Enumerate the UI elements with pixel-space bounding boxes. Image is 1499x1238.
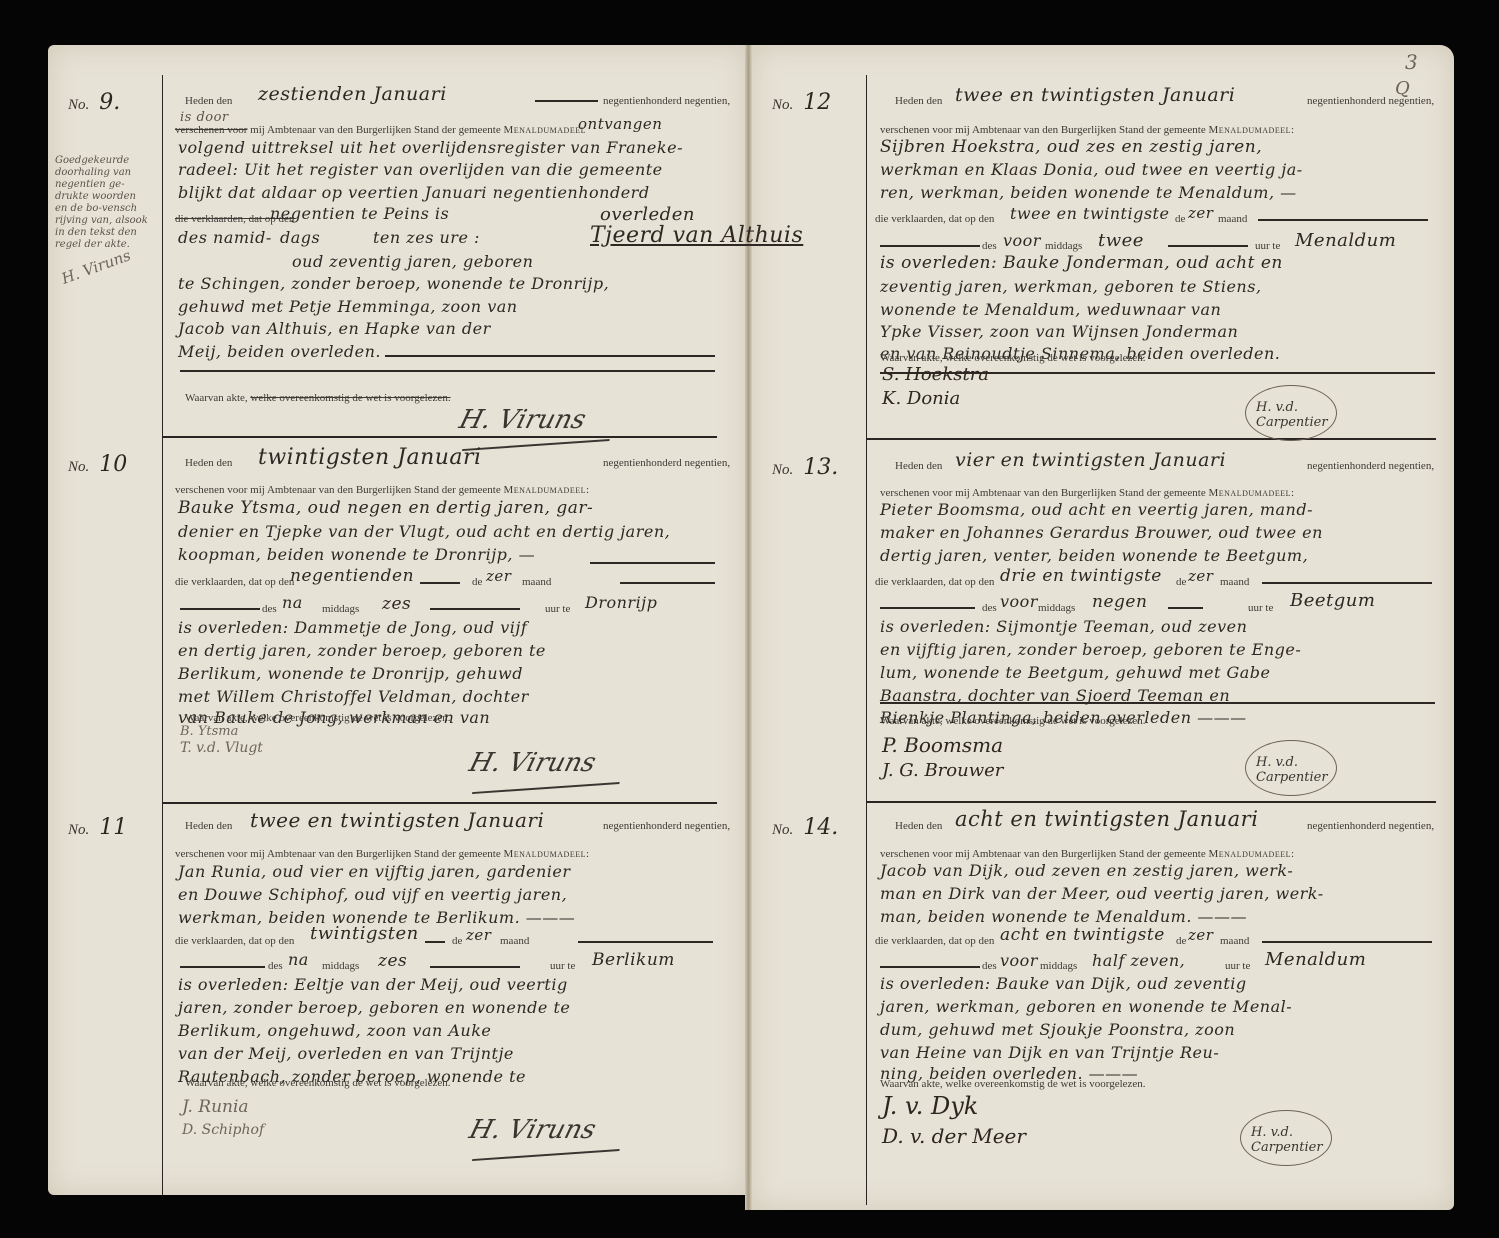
- witness-signature: D. v. der Meer: [882, 1124, 1026, 1148]
- printed-text: Heden den: [185, 95, 232, 107]
- printed-text: verschenen voor mij Ambtenaar van den Bu…: [880, 124, 1206, 136]
- printed-text: uur te: [1248, 602, 1273, 614]
- date-handwritten: acht en twintigsten Januari: [955, 807, 1258, 831]
- struck-text: verschenen voor: [175, 124, 247, 136]
- fill-line: [420, 582, 460, 584]
- fill-line: [1262, 941, 1432, 943]
- witness-signature: P. Boomsma: [882, 733, 1003, 757]
- printed-text: negentienhonderd negentien,: [1307, 820, 1434, 832]
- comparant-line: man en Dirk van der Meer, oud veertig ja…: [880, 884, 1324, 903]
- printed-text: des: [982, 602, 997, 614]
- fill-line: [180, 370, 715, 372]
- handwritten-text: voor: [1000, 951, 1038, 970]
- day-handwritten: twintigsten: [310, 923, 419, 944]
- witness-signature: D. Schiphof: [182, 1122, 264, 1138]
- handwritten-line: en dertig jaren, zonder beroep, geboren …: [178, 641, 546, 660]
- handwritten-line: Berlikum, wonende te Dronrijp, gehuwd: [178, 664, 523, 683]
- handwritten-line: Berlikum, ongehuwd, zoon van Auke: [178, 1021, 491, 1040]
- municipality: Menaldumadeel:: [503, 484, 589, 496]
- comparant-line: man, beiden wonende te Menaldum. ———: [880, 907, 1247, 926]
- fill-line: [590, 562, 715, 564]
- registrar-signature: H. Viruns: [466, 1115, 599, 1145]
- printed-text: Waarvan akte, welke overeenkomstig de we…: [185, 712, 451, 724]
- comparant-line: Pieter Boomsma, oud acht en veertig jare…: [880, 500, 1313, 519]
- printed-text: Waarvan akte, welke overeenkomstig de we…: [185, 1077, 451, 1089]
- printed-text: Heden den: [895, 460, 942, 472]
- book-gutter: [745, 45, 752, 1210]
- date-handwritten: twee en twintigsten Januari: [955, 84, 1235, 106]
- printed-text: middags: [322, 960, 359, 972]
- fill-line: [620, 582, 715, 584]
- printed-text: middags: [322, 603, 359, 615]
- fill-line: [430, 966, 520, 968]
- registrar-seal-signature: H. v.d. Carpentier: [1240, 1110, 1332, 1166]
- record-number: No.14.: [772, 815, 838, 840]
- printed-text: de: [1176, 576, 1186, 588]
- fill-line: [1168, 245, 1248, 247]
- place-handwritten: Berlikum: [592, 950, 675, 970]
- printed-text: uur te: [545, 603, 570, 615]
- date-handwritten: zestienden Januari: [258, 83, 447, 105]
- handwritten-text: na: [288, 950, 309, 969]
- printed-text: de: [1175, 213, 1185, 225]
- handwritten-line: zeventig jaren, werkman, geboren te Stie…: [880, 277, 1262, 296]
- municipality: Menaldumadeel:: [1208, 487, 1294, 499]
- fill-line: [535, 100, 598, 102]
- handwritten-line: oud zeventig jaren, geboren: [292, 252, 533, 271]
- comparant-line: koopman, beiden wonende te Dronrijp, —: [178, 545, 535, 564]
- printed-text: Waarvan akte, welke overeenkomstig de we…: [880, 352, 1146, 364]
- printed-text: die verklaarden, dat op den: [875, 935, 994, 947]
- separator: [866, 438, 1436, 440]
- day-handwritten: twee en twintigste: [1010, 204, 1169, 223]
- date-handwritten: twee en twintigsten Januari: [250, 808, 544, 832]
- page-number: 3: [1405, 50, 1418, 74]
- hour-handwritten: zes: [382, 594, 411, 614]
- date-handwritten: vier en twintigsten Januari: [955, 449, 1226, 471]
- printed-text: middags: [1040, 960, 1077, 972]
- handwritten-line: Jacob van Althuis, en Hapke van der: [178, 319, 491, 338]
- place-handwritten: Menaldum: [1265, 949, 1366, 970]
- right-column-divider: [866, 75, 867, 1205]
- separator: [162, 436, 717, 438]
- comparant-line: werkman en Klaas Donia, oud twee en veer…: [880, 160, 1303, 179]
- printed-text: de: [1176, 935, 1186, 947]
- handwritten-line: jaren, werkman, geboren en wonende te Me…: [880, 997, 1292, 1016]
- day-handwritten: acht en twintigste: [1000, 925, 1165, 945]
- municipality: Menaldumadeel:: [503, 848, 589, 860]
- record-number: No.11: [68, 815, 127, 840]
- day-handwritten: negentienden: [290, 566, 414, 586]
- witness-signature: B. Ytsma: [180, 724, 238, 739]
- fill-line: [880, 607, 975, 609]
- printed-text: maand: [1220, 935, 1249, 947]
- handwritten-line: radeel: Uit het register van overlijden …: [178, 160, 663, 179]
- printed-text: die verklaarden, dat op den: [875, 576, 994, 588]
- hour-handwritten: negen: [1092, 592, 1147, 612]
- printed-text: negentienhonderd negentien,: [1307, 460, 1434, 472]
- month-handwritten: zer: [466, 926, 491, 944]
- handwritten-text: na: [282, 593, 303, 612]
- hour-handwritten: half zeven,: [1092, 951, 1185, 970]
- handwritten-line: te Schingen, zonder beroep, wonende te D…: [178, 274, 609, 293]
- witness-signature: J. v. Dyk: [882, 1092, 978, 1120]
- date-handwritten: twintigsten Januari: [258, 445, 482, 470]
- fill-line: [578, 941, 713, 943]
- printed-text: Heden den: [185, 820, 232, 832]
- fill-line: [880, 245, 980, 247]
- handwritten-line: volgend uittreksel uit het overlijdensre…: [178, 138, 683, 157]
- handwritten-line: gehuwd met Petje Hemminga, zoon van: [178, 297, 518, 316]
- fill-line: [425, 941, 445, 943]
- comparant-line: maker en Johannes Gerardus Brouwer, oud …: [880, 523, 1323, 542]
- handwritten-text: dags: [280, 228, 320, 247]
- witness-signature: J. Runia: [182, 1097, 249, 1117]
- fill-line: [1168, 607, 1203, 609]
- printed-text: Waarvan akte, welke overeenkomstig de we…: [880, 715, 1146, 727]
- handwritten-line: Meij, beiden overleden.: [178, 342, 381, 361]
- handwritten-text: voor: [1003, 231, 1041, 250]
- printed-text: verschenen voor mij Ambtenaar van den Bu…: [880, 848, 1206, 860]
- insert-handwritten: is door: [180, 110, 229, 125]
- record-number: No.13.: [772, 455, 838, 480]
- printed-text: Waarvan akte, welke overeenkomstig de we…: [880, 1078, 1146, 1090]
- registrar-signature: H. Viruns: [456, 405, 589, 435]
- municipality: Menaldumadeel: [503, 124, 586, 136]
- handwritten-line: jaren, zonder beroep, geboren en wonende…: [178, 998, 570, 1017]
- witness-signature: T. v.d. Vlugt: [180, 740, 263, 756]
- registrar-seal-signature: H. v.d. Carpentier: [1245, 740, 1337, 796]
- separator: [866, 801, 1436, 803]
- handwritten-line: van Heine van Dijk en van Trijntje Reu-: [880, 1043, 1219, 1062]
- handwritten-line: Ypke Visser, zoon van Wijnsen Jonderman: [880, 322, 1238, 341]
- handwritten-line: lum, wonende te Beetgum, gehuwd met Gabe: [880, 663, 1271, 682]
- printed-text: middags: [1045, 240, 1082, 252]
- printed-text: negentienhonderd negentien,: [603, 820, 730, 832]
- fill-line: [430, 608, 520, 610]
- month-handwritten: zer: [1188, 567, 1213, 585]
- witness-signature: K. Donia: [882, 388, 960, 409]
- printed-text: maand: [1220, 576, 1249, 588]
- printed-text: uur te: [1225, 960, 1250, 972]
- printed-text: de: [472, 576, 482, 588]
- handwritten-text: ten zes ure :: [373, 228, 480, 247]
- printed-text: maand: [500, 935, 529, 947]
- printed-text: verschenen voor mij Ambtenaar van den Bu…: [880, 487, 1206, 499]
- printed-text: uur te: [550, 960, 575, 972]
- comparant-line: Bauke Ytsma, oud negen en dertig jaren, …: [178, 498, 593, 518]
- printed-text: verschenen voor mij Ambtenaar van den Bu…: [175, 484, 501, 496]
- municipality: Menaldumadeel:: [1208, 848, 1294, 860]
- comparant-line: Jacob van Dijk, oud zeven en zestig jare…: [880, 861, 1293, 880]
- printed-text: des: [982, 960, 997, 972]
- printed-text: die verklaarden, dat op den: [875, 213, 994, 225]
- handwritten-text: voor: [1000, 592, 1038, 611]
- printed-text: verschenen voor mij Ambtenaar van den Bu…: [175, 848, 501, 860]
- handwritten-text: negentien te Peins is: [270, 204, 449, 223]
- handwritten-line: is overleden: Eeltje van der Meij, oud v…: [178, 975, 568, 994]
- place-handwritten: Menaldum: [1295, 230, 1396, 251]
- month-handwritten: zer: [1188, 204, 1213, 222]
- comparant-line: en Douwe Schiphof, oud vijf en veertig j…: [178, 885, 567, 904]
- printed-text: des: [982, 240, 997, 252]
- handwritten-text: overleden: [600, 204, 695, 225]
- comparant-line: Jan Runia, oud vier en vijftig jaren, ga…: [178, 862, 571, 881]
- printed-text: Heden den: [895, 95, 942, 107]
- printed-text: negentienhonderd negentien,: [1307, 95, 1434, 107]
- printed-text: negentienhonderd negentien,: [603, 95, 730, 107]
- fill-line: [180, 966, 265, 968]
- handwritten-line: van der Meij, overleden en van Trijntje: [178, 1044, 514, 1063]
- printed-text: de: [452, 935, 462, 947]
- printed-text: negentienhonderd negentien,: [603, 457, 730, 469]
- left-column-divider: [162, 75, 163, 1195]
- printed-text: middags: [1038, 602, 1075, 614]
- handwritten-line: wonende te Menaldum, weduwnaar van: [880, 300, 1221, 319]
- handwritten-line: is overleden: Bauke Jonderman, oud acht …: [880, 253, 1283, 273]
- registrar-signature: H. Viruns: [466, 748, 599, 778]
- handwritten-line: is overleden: Bauke van Dijk, oud zevent…: [880, 974, 1247, 993]
- handwritten-line: is overleden: Dammetje de Jong, oud vijf: [178, 618, 527, 637]
- printed-text: maand: [1218, 213, 1247, 225]
- fill-line: [880, 966, 980, 968]
- printed-text: die verklaarden, dat op den: [175, 935, 294, 947]
- fill-line: [1258, 219, 1428, 221]
- handwritten-line: met Willem Christoffel Veldman, dochter: [178, 687, 529, 706]
- handwritten-line: en vijftig jaren, zonder beroep, geboren…: [880, 640, 1301, 659]
- record-number: No.10: [68, 452, 127, 477]
- handwritten-line: is overleden: Sijmontje Teeman, oud zeve…: [880, 617, 1247, 636]
- month-handwritten: zer: [1188, 926, 1213, 944]
- printed-text: maand: [522, 576, 551, 588]
- handwritten-text: ontvangen: [578, 115, 662, 133]
- fill-line: [1262, 582, 1432, 584]
- fill-line: [180, 608, 260, 610]
- comparant-line: Sijbren Hoekstra, oud zes en zestig jare…: [880, 137, 1262, 157]
- record-number: No.12: [772, 90, 831, 115]
- witness-signature: S. Hoekstra: [882, 364, 989, 385]
- printed-text: uur te: [1255, 240, 1280, 252]
- comparant-line: denier en Tjepke van der Vlugt, oud acht…: [178, 522, 670, 541]
- day-handwritten: drie en twintigste: [1000, 566, 1162, 586]
- fill-line: [385, 355, 715, 357]
- hour-handwritten: zes: [378, 951, 407, 971]
- fill-line: [880, 702, 1435, 704]
- hour-handwritten: twee: [1098, 230, 1144, 251]
- struck-text: welke overeenkomstig de wet is voorgelez…: [250, 392, 450, 404]
- margin-annotation: Goedgekeurde doorhaling van negentien ge…: [55, 155, 150, 251]
- printed-text: die verklaarden, dat op den: [175, 576, 294, 588]
- record-number: No.9.: [68, 90, 120, 115]
- handwritten-text: des namid-: [178, 228, 272, 247]
- separator: [162, 802, 717, 804]
- deceased-name: Tjeerd van Althuis: [590, 223, 803, 248]
- registrar-seal-signature: H. v.d. Carpentier: [1245, 385, 1337, 441]
- month-handwritten: zer: [486, 567, 511, 585]
- comparant-line: dertig jaren, venter, beiden wonende te …: [880, 546, 1308, 565]
- printed-text: des: [268, 960, 283, 972]
- printed-text: Waarvan akte,: [185, 392, 248, 404]
- printed-text: des: [262, 603, 277, 615]
- handwritten-line: dum, gehuwd met Sjoukje Poonstra, zoon: [880, 1020, 1235, 1039]
- municipality: Menaldumadeel:: [1208, 124, 1294, 136]
- place-handwritten: Dronrijp: [585, 593, 657, 612]
- place-handwritten: Beetgum: [1290, 590, 1375, 611]
- handwritten-line: blijkt dat aldaar op veertien Januari ne…: [178, 183, 650, 202]
- witness-signature: J. G. Brouwer: [882, 760, 1003, 781]
- comparant-line: ren, werkman, beiden wonende te Menaldum…: [880, 183, 1297, 202]
- printed-text: Heden den: [895, 820, 942, 832]
- printed-text: Heden den: [185, 457, 232, 469]
